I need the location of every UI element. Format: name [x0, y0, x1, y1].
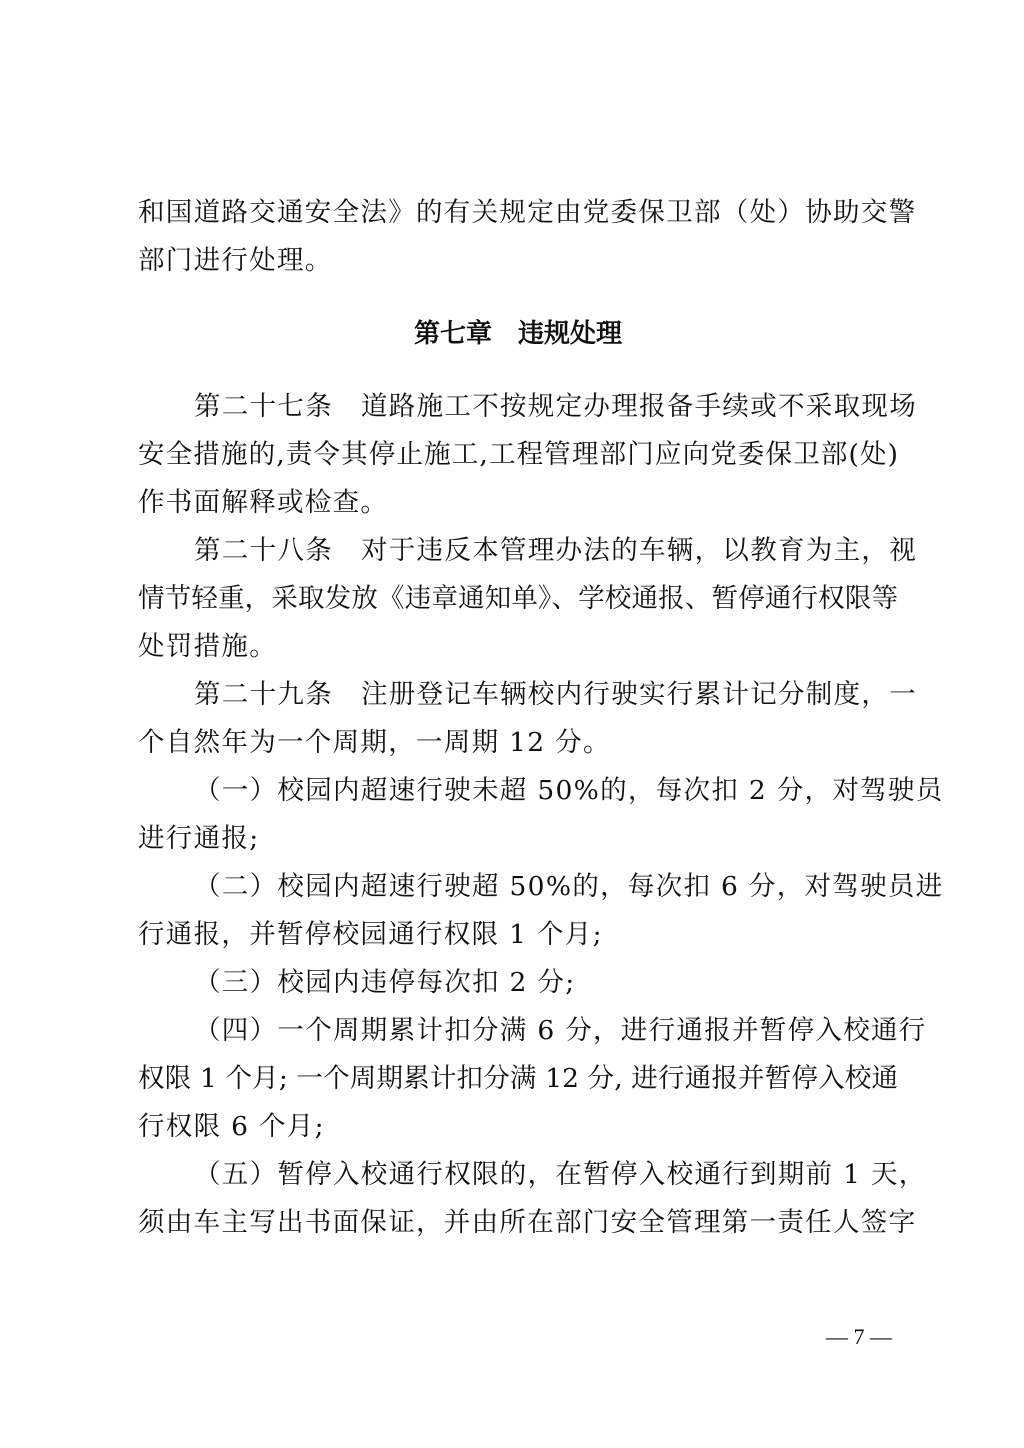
- text-line: 情节轻重，采取发放《违章通知单》、学校通报、暂停通行权限等: [138, 575, 898, 623]
- text-line: 行通报，并暂停校园通行权限 1 个月;: [138, 911, 603, 959]
- page-number: — 7 —: [826, 1322, 892, 1352]
- text-line: 安全措施的,责令其停止施工,工程管理部门应向党委保卫部(处): [138, 431, 898, 479]
- text-line: 须由车主写出书面保证，并由所在部门安全管理第一责任人签字: [138, 1199, 898, 1247]
- article-number: 第二十七条: [194, 391, 333, 422]
- article-number: 第二十九条: [194, 679, 333, 710]
- clause-3: （三）校园内违停每次扣 2 分;: [194, 959, 575, 1007]
- text-line: 处罚措施。: [138, 623, 277, 671]
- chapter-title: 第七章 违规处理: [138, 310, 898, 358]
- article-text: 道路施工不按规定办理报备手续或不采取现场: [361, 391, 917, 422]
- clause-4: （四）一个周期累计扣分满 6 分，进行通报并暂停入校通行: [194, 1007, 898, 1055]
- clause-1: （一）校园内超速行驶未超 50%的，每次扣 2 分，对驾驶员: [194, 767, 898, 815]
- text-line: 个自然年为一个周期，一周期 12 分。: [138, 719, 611, 767]
- clause-5: （五）暂停入校通行权限的，在暂停入校通行到期前 1 天，: [194, 1151, 898, 1199]
- text-line: 权限 1 个月; 一个周期累计扣分满 12 分, 进行通报并暂停入校通: [138, 1055, 898, 1103]
- article-29-line: 第二十九条注册登记车辆校内行驶实行累计记分制度，一: [194, 671, 898, 719]
- text-line: 作书面解释或检查。: [138, 479, 388, 527]
- text-line: 和国道路交通安全法》的有关规定由党委保卫部（处）协助交警: [138, 189, 898, 237]
- article-text: 注册登记车辆校内行驶实行累计记分制度，一: [361, 679, 917, 710]
- text-line: 部门进行处理。: [138, 237, 333, 285]
- article-28-line: 第二十八条对于违反本管理办法的车辆，以教育为主，视: [194, 527, 898, 575]
- article-text: 对于违反本管理办法的车辆，以教育为主，视: [361, 535, 917, 566]
- article-27-line: 第二十七条道路施工不按规定办理报备手续或不采取现场: [194, 383, 898, 431]
- text-line: 进行通报;: [138, 815, 259, 863]
- clause-2: （二）校园内超速行驶超 50%的，每次扣 6 分，对驾驶员进: [194, 863, 898, 911]
- text-line: 行权限 6 个月;: [138, 1103, 325, 1151]
- article-number: 第二十八条: [194, 535, 333, 566]
